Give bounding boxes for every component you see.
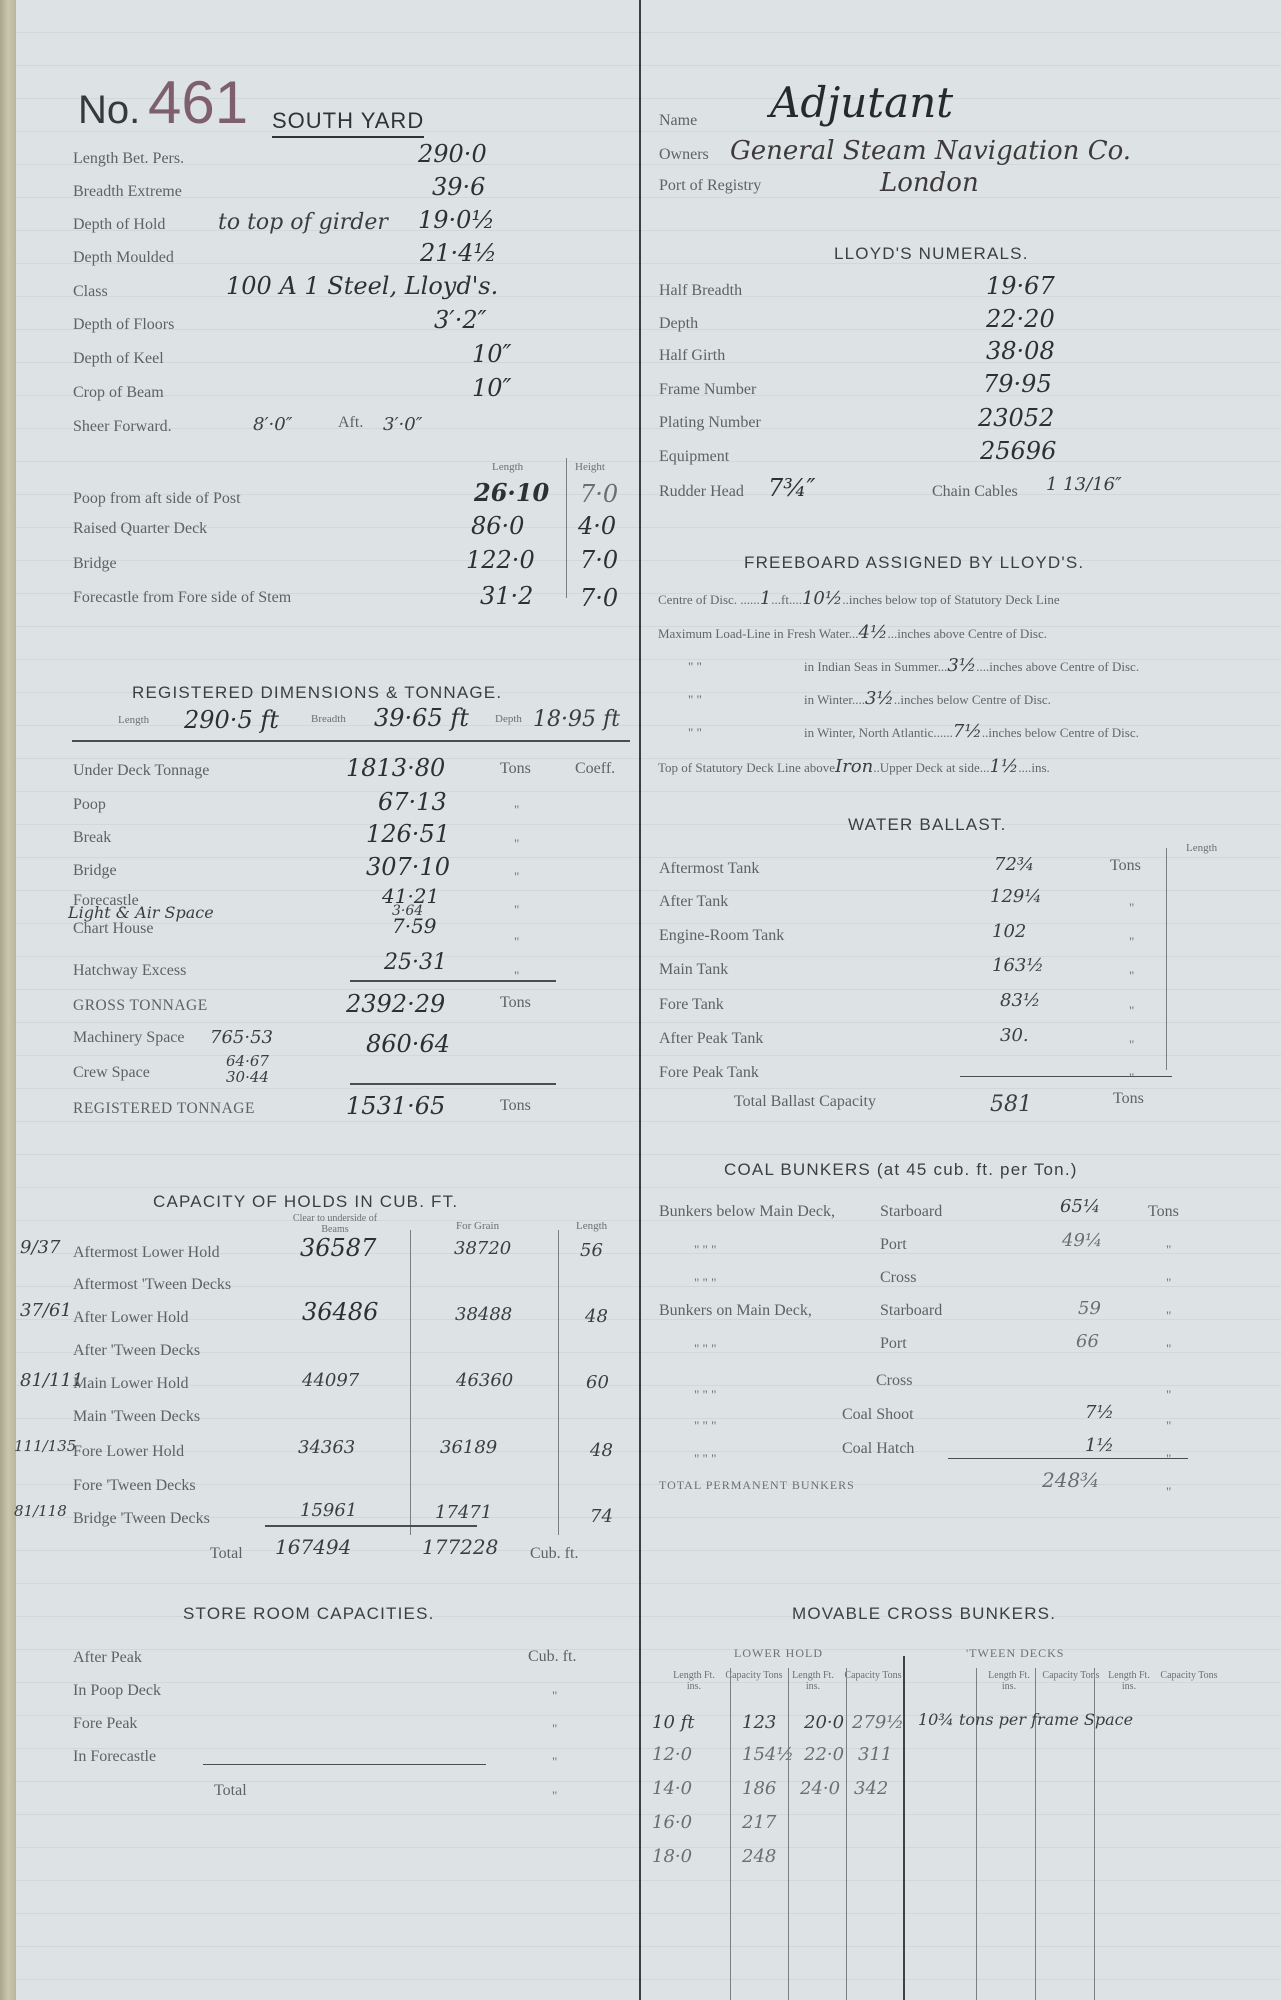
numeral-value: 23052 — [978, 404, 1054, 432]
tank-value: 72¾ — [994, 854, 1034, 875]
column-divider — [639, 0, 641, 2000]
name-label: Name — [659, 112, 697, 130]
hold-grain: 17471 — [435, 1502, 492, 1523]
col-length-header: Length — [576, 1220, 607, 1232]
tonnage-value: 126·51 — [366, 820, 450, 848]
ditto-mark: " — [514, 902, 519, 918]
movable-length: 24·0 — [800, 1778, 840, 1799]
ditto-mark: " — [1129, 968, 1134, 984]
col-height-header: Height — [575, 461, 605, 473]
dim-label: Crop of Beam — [73, 384, 164, 402]
col-length-header: Length Ft. ins. — [665, 1670, 723, 1692]
tween-decks-header: 'TWEEN DECKS — [966, 1646, 1064, 1661]
hold-beams: 36587 — [300, 1234, 376, 1262]
col-capacity-header: Capacity Tons — [844, 1670, 902, 1681]
bunker-value: 49¼ — [1062, 1230, 1102, 1251]
text: ....inches above Centre of Disc. — [976, 659, 1139, 674]
tonnage-label: Hatchway Excess — [73, 962, 186, 980]
dim-value: 21·4½ — [420, 239, 497, 267]
movable-col-sep — [846, 1668, 847, 2000]
hold-beams: 15961 — [300, 1500, 357, 1521]
ballast-separator — [1166, 848, 1167, 1070]
movable-length: 12·0 — [652, 1744, 692, 1765]
dim-value: 19·0½ — [418, 206, 495, 234]
text: ..inches below top of Statutory Deck Lin… — [842, 592, 1059, 607]
tank-value: 30. — [1000, 1025, 1029, 1046]
store-label: In Forecastle — [73, 1748, 156, 1766]
deductions-rule — [350, 1083, 556, 1085]
section-title-freeboard: FREEBOARD ASSIGNED BY LLOYD'S. — [744, 553, 1084, 573]
reg-length-value: 290·5 ft — [184, 706, 279, 734]
movable-capacity: 279½ — [852, 1712, 904, 1733]
owners-value: General Steam Navigation Co. — [730, 136, 1131, 166]
hold-grain: 46360 — [456, 1370, 513, 1391]
dim-label: Breadth Extreme — [73, 183, 182, 201]
section-title-coal: COAL BUNKERS (at 45 cub. ft. per Ton.) — [724, 1160, 1078, 1180]
registered-tonnage-value: 1531·65 — [346, 1092, 445, 1120]
hold-label: Main Lower Hold — [73, 1375, 189, 1393]
ditto-mark: " — [1166, 1341, 1171, 1357]
tonnage-label: Bridge — [73, 862, 117, 880]
bunker-value: 1½ — [1085, 1435, 1114, 1456]
hold-label: Fore 'Tween Decks — [73, 1477, 196, 1495]
ballast-total-value: 581 — [990, 1092, 1032, 1117]
tonnage-label: Chart House — [73, 920, 153, 938]
erections-separator — [566, 458, 567, 598]
movable-capacity: 154½ — [742, 1744, 794, 1765]
sheer-forward-label: Sheer Forward. — [73, 418, 172, 436]
freeboard-line-disc: Centre of Disc. ......1...ft....10½..inc… — [658, 588, 1060, 609]
bunker-item: Port — [880, 1335, 907, 1353]
text: ..inches below Centre of Disc. — [982, 725, 1139, 740]
ditto-mark: " " — [658, 725, 804, 741]
bunker-value: 66 — [1076, 1331, 1099, 1352]
ditto-mark: " — [1166, 1275, 1171, 1291]
record-number: 461 — [148, 68, 248, 137]
store-total-label: Total — [214, 1782, 247, 1800]
bunker-item: Starboard — [880, 1203, 942, 1221]
reg-breadth-value: 39·65 ft — [374, 704, 469, 732]
text: ..Upper Deck at side... — [873, 760, 989, 775]
fresh-water-value: 4½ — [859, 622, 888, 643]
numeral-label: Plating Number — [659, 414, 761, 432]
owners-label: Owners — [659, 146, 709, 164]
col-capacity-header: Capacity Tons — [725, 1670, 783, 1681]
ditto-mark: " " " — [694, 1275, 716, 1291]
movable-capacity: 217 — [742, 1812, 776, 1833]
bunker-value: 65¼ — [1060, 1196, 1100, 1217]
tonnage-value: 67·13 — [378, 788, 447, 816]
tonnage-value: 307·10 — [366, 853, 450, 881]
ditto-mark: " — [1166, 1387, 1171, 1403]
col-length-header: Length Ft. ins. — [784, 1670, 842, 1692]
movable-capacity: 311 — [858, 1744, 892, 1765]
col-capacity-header: Capacity Tons — [1042, 1670, 1100, 1681]
ship-name: Adjutant — [770, 78, 953, 127]
holds-total-beams: 167494 — [275, 1535, 351, 1559]
col-length-header: Length — [1186, 842, 1217, 854]
tank-label: Fore Peak Tank — [659, 1064, 759, 1082]
erection-label: Poop from aft side of Post — [73, 490, 241, 508]
text: in Winter, North Atlantic...... — [804, 725, 953, 740]
bunker-item: Cross — [880, 1269, 916, 1287]
holds-separator — [410, 1230, 411, 1535]
hold-label: After 'Tween Decks — [73, 1342, 200, 1360]
hold-label: Main 'Tween Decks — [73, 1408, 200, 1426]
dim-label: Depth of Hold — [73, 216, 165, 234]
tank-value: 102 — [992, 921, 1026, 942]
ditto-mark: " " " — [694, 1451, 716, 1467]
deck-side-value: 1½ — [989, 756, 1018, 777]
hold-label: After Lower Hold — [73, 1309, 189, 1327]
section-title-ballast: WATER BALLAST. — [848, 815, 1007, 835]
ditto-mark: " — [1166, 1242, 1171, 1258]
reg-breadth-label: Breadth — [311, 713, 346, 725]
tonnage-value: 7·59 — [392, 914, 437, 938]
record-no-prefix: No. — [78, 88, 140, 133]
movable-capacity: 248 — [742, 1846, 776, 1867]
yard-label: SOUTH YARD — [272, 108, 424, 138]
bunker-value: 7½ — [1085, 1402, 1114, 1423]
text: in Indian Seas in Summer... — [804, 659, 947, 674]
numeral-value: 19·67 — [986, 272, 1055, 300]
tons-header: Tons — [500, 760, 531, 778]
tank-label: Fore Tank — [659, 996, 724, 1014]
tonnage-label: Poop — [73, 796, 106, 814]
deck-material-value: Iron — [835, 756, 873, 777]
class-value: 100 A 1 Steel, Lloyd's. — [226, 272, 498, 300]
disc-ft-value: 1 — [760, 588, 771, 609]
ditto-mark: " — [514, 968, 519, 984]
bunker-prefix: Bunkers below Main Deck, — [659, 1203, 835, 1221]
dim-label: Class — [73, 283, 108, 301]
hold-grain: 38720 — [454, 1238, 511, 1259]
bunker-prefix: Bunkers on Main Deck, — [659, 1302, 812, 1320]
port-value: London — [880, 168, 979, 198]
bunker-item: Coal Hatch — [842, 1440, 914, 1458]
tons-unit: Tons — [500, 1097, 531, 1115]
hold-beams: 44097 — [302, 1370, 359, 1391]
sheer-forward-value: 8′·0″ — [253, 414, 292, 435]
bunker-item: Starboard — [880, 1302, 942, 1320]
registered-rule — [72, 740, 630, 742]
hold-label: Aftermost Lower Hold — [73, 1244, 220, 1262]
crew-space-label: Crew Space — [73, 1064, 150, 1082]
hold-frames: 111/135 — [14, 1437, 76, 1455]
numeral-label: Half Breadth — [659, 282, 742, 300]
north-atlantic-value: 7½ — [953, 721, 982, 742]
col-length-header: Length Ft. ins. — [1100, 1670, 1158, 1692]
ditto-mark: " " — [658, 659, 804, 675]
ballast-total-label: Total Ballast Capacity — [734, 1093, 876, 1111]
movable-length: 10 ft — [652, 1712, 695, 1733]
section-title-holds: CAPACITY OF HOLDS IN CUB. FT. — [153, 1192, 458, 1212]
tons-header: Tons — [1110, 857, 1141, 875]
section-title-numerals: LLOYD'S NUMERALS. — [834, 244, 1029, 264]
store-label: In Poop Deck — [73, 1682, 161, 1700]
rudder-head-value: 7¾″ — [768, 474, 816, 502]
hold-label: Aftermost 'Tween Decks — [73, 1276, 231, 1294]
ditto-mark: " — [514, 836, 519, 852]
port-label: Port of Registry — [659, 177, 761, 195]
tonnage-label: Under Deck Tonnage — [73, 762, 209, 780]
erection-length: 26·10 — [474, 478, 549, 507]
holds-total-label: Total — [210, 1545, 243, 1563]
hold-grain: 38488 — [455, 1304, 512, 1325]
dim-note: to top of girder — [218, 210, 388, 235]
holds-total-rule — [265, 1525, 477, 1527]
text: Centre of Disc. ...... — [658, 592, 760, 607]
chain-cables-label: Chain Cables — [932, 483, 1018, 501]
tank-value: 163½ — [992, 955, 1044, 976]
store-unit: Cub. ft. — [528, 1648, 576, 1666]
erection-height: 4·0 — [578, 512, 616, 540]
dim-label: Depth of Floors — [73, 316, 174, 334]
dim-label: Depth Moulded — [73, 249, 174, 267]
movable-length: 20·0 — [804, 1712, 844, 1733]
reg-depth-value: 18·95 ft — [533, 707, 620, 732]
movable-length: 18·0 — [652, 1846, 692, 1867]
tank-label: Engine-Room Tank — [659, 927, 784, 945]
movable-length: 22·0 — [804, 1744, 844, 1765]
tank-label: After Tank — [659, 893, 728, 911]
erection-height: 7·0 — [580, 546, 618, 574]
holds-unit: Cub. ft. — [530, 1545, 578, 1563]
col-grain-header: For Grain — [456, 1220, 499, 1232]
ditto-mark: " " " — [694, 1387, 716, 1403]
disc-inches-value: 10½ — [802, 588, 842, 609]
reg-length-label: Length — [118, 714, 149, 726]
tank-value: 83½ — [1000, 990, 1040, 1011]
ditto-mark: " — [552, 1688, 557, 1704]
movable-capacity: 342 — [854, 1778, 888, 1799]
dim-value: 3′·2″ — [434, 306, 487, 334]
holds-separator — [558, 1230, 559, 1535]
store-label: Fore Peak — [73, 1715, 137, 1733]
movable-col-sep — [730, 1668, 731, 2000]
movable-col-sep — [788, 1668, 789, 2000]
col-beams-header: Clear to underside of Beams — [282, 1213, 388, 1235]
hold-grain: 36189 — [440, 1437, 497, 1458]
dim-label: Depth of Keel — [73, 350, 164, 368]
dim-value: 39·6 — [432, 173, 485, 201]
dim-value: 10″ — [472, 374, 512, 402]
sheer-aft-label: Aft. — [338, 414, 363, 432]
freeboard-line-deck-line: Top of Statutory Deck Line aboveIron..Up… — [658, 756, 1050, 777]
hold-length: 56 — [580, 1240, 603, 1261]
text: ...ft.... — [771, 592, 802, 607]
ditto-mark: " — [514, 934, 519, 950]
gross-tonnage-value: 2392·29 — [346, 990, 445, 1018]
tonnage-label: Break — [73, 829, 111, 847]
hold-beams: 36486 — [302, 1298, 378, 1326]
coeff-header: Coeff. — [575, 760, 615, 778]
ditto-mark: " — [1166, 1484, 1171, 1500]
text: ....ins. — [1018, 760, 1049, 775]
ditto-mark: " — [1129, 934, 1134, 950]
ditto-mark: " " " — [694, 1341, 716, 1357]
tank-label: Main Tank — [659, 961, 728, 979]
ditto-mark: " — [1166, 1418, 1171, 1434]
movable-capacity: 186 — [742, 1778, 776, 1799]
ditto-mark: " — [552, 1788, 557, 1804]
reg-depth-label: Depth — [495, 713, 522, 725]
machinery-space-label: Machinery Space — [73, 1029, 185, 1047]
bunker-value: 59 — [1078, 1298, 1101, 1319]
ditto-mark: " — [1166, 1451, 1171, 1467]
erection-label: Bridge — [73, 555, 117, 573]
dim-value: 290·0 — [418, 140, 487, 168]
chain-cables-value: 1 13/16″ — [1046, 474, 1122, 495]
machinery-space-value: 765·53 — [210, 1027, 273, 1048]
store-rule — [203, 1764, 486, 1765]
bunkers-rule — [948, 1458, 1188, 1459]
ditto-mark: " " — [658, 692, 804, 708]
numeral-value: 25696 — [980, 437, 1056, 465]
tons-unit: Tons — [500, 994, 531, 1012]
tonnage-rule — [350, 980, 556, 982]
holds-total-grain: 177228 — [422, 1535, 498, 1559]
erection-label: Raised Quarter Deck — [73, 520, 207, 538]
bunkers-total-label: TOTAL PERMANENT BUNKERS — [659, 1478, 855, 1493]
freeboard-line-fresh-water: Maximum Load-Line in Fresh Water...4½...… — [658, 622, 1047, 643]
col-length-header: Length Ft. ins. — [980, 1670, 1038, 1692]
text: ..inches below Centre of Disc. — [894, 692, 1051, 707]
erection-height: 7·0 — [580, 584, 618, 612]
tonnage-value: 1813·80 — [346, 754, 445, 782]
ditto-mark: " — [1129, 1003, 1134, 1019]
section-title-movable: MOVABLE CROSS BUNKERS. — [792, 1604, 1056, 1624]
gross-tonnage-label: GROSS TONNAGE — [73, 997, 208, 1015]
ditto-mark: " — [552, 1754, 557, 1770]
erection-length: 122·0 — [466, 546, 535, 574]
numeral-label: Depth — [659, 315, 698, 333]
crew-space-value: 30·44 — [226, 1068, 269, 1086]
movable-length: 14·0 — [652, 1778, 692, 1799]
freeboard-line-north-atlantic: " "in Winter, North Atlantic......7½..in… — [658, 721, 1139, 742]
erection-label: Forecastle from Fore side of Stem — [73, 589, 291, 607]
numeral-label: Half Girth — [659, 347, 725, 365]
tank-label: Aftermost Tank — [659, 860, 759, 878]
tank-label: After Peak Tank — [659, 1030, 763, 1048]
hold-length: 48 — [590, 1440, 613, 1461]
numeral-label: Equipment — [659, 448, 729, 466]
numeral-label: Frame Number — [659, 381, 756, 399]
registered-tonnage-label: REGISTERED TONNAGE — [73, 1100, 255, 1118]
tank-value: 129¼ — [990, 886, 1042, 907]
numeral-value: 79·95 — [983, 370, 1052, 398]
ditto-mark: " — [552, 1721, 557, 1737]
book-binding — [0, 0, 16, 2000]
ditto-mark: " " " — [694, 1418, 716, 1434]
ditto-mark: " " " — [694, 1242, 716, 1258]
deductions-total: 860·64 — [366, 1030, 450, 1058]
erection-length: 86·0 — [471, 512, 524, 540]
movable-divider — [903, 1656, 905, 2000]
col-capacity-header: Capacity Tons — [1160, 1670, 1218, 1681]
text: in Winter.... — [804, 692, 865, 707]
tonnage-value: 25·31 — [384, 950, 447, 975]
ditto-mark: " — [1129, 1037, 1134, 1053]
text: Maximum Load-Line in Fresh Water... — [658, 626, 859, 641]
tons-header: Tons — [1148, 1203, 1179, 1221]
movable-length: 16·0 — [652, 1812, 692, 1833]
col-length-header: Length — [492, 461, 523, 473]
freeboard-line-winter: " "in Winter....3½..inches below Centre … — [658, 688, 1051, 709]
ditto-mark: " — [1129, 1070, 1134, 1086]
ditto-mark: " — [514, 802, 519, 818]
indian-seas-value: 3½ — [947, 655, 976, 676]
sheer-aft-value: 3′·0″ — [383, 414, 422, 435]
hold-length: 74 — [590, 1506, 613, 1527]
hold-label: Bridge 'Tween Decks — [73, 1510, 210, 1528]
bunker-item: Cross — [876, 1372, 912, 1390]
hold-beams: 34363 — [298, 1437, 355, 1458]
hold-length: 48 — [585, 1306, 608, 1327]
hold-label: Fore Lower Hold — [73, 1443, 184, 1461]
bunker-item: Port — [880, 1236, 907, 1254]
hold-frames: 37/61 — [20, 1300, 72, 1321]
bunker-item: Coal Shoot — [842, 1406, 914, 1424]
hold-frames: 9/37 — [20, 1237, 60, 1258]
hold-frames: 81/118 — [14, 1502, 67, 1520]
section-title-store: STORE ROOM CAPACITIES. — [183, 1604, 435, 1624]
ditto-mark: " — [1129, 900, 1134, 916]
hold-length: 60 — [586, 1372, 609, 1393]
rudder-head-label: Rudder Head — [659, 483, 744, 501]
section-title-registered: REGISTERED DIMENSIONS & TONNAGE. — [132, 683, 502, 703]
ballast-rule — [960, 1076, 1172, 1077]
numeral-value: 38·08 — [986, 337, 1055, 365]
tween-decks-note: 10¾ tons per frame Space — [918, 1710, 1133, 1729]
ditto-mark: " — [514, 869, 519, 885]
lower-hold-header: LOWER HOLD — [734, 1646, 823, 1661]
freeboard-line-indian-seas: " "in Indian Seas in Summer...3½....inch… — [658, 655, 1139, 676]
movable-capacity: 123 — [742, 1712, 776, 1733]
text: ...inches above Centre of Disc. — [887, 626, 1047, 641]
store-label: After Peak — [73, 1649, 142, 1667]
dim-value: 10″ — [472, 340, 512, 368]
erection-length: 31·2 — [480, 582, 533, 610]
dim-label: Length Bet. Pers. — [73, 150, 184, 168]
ditto-mark: " — [1166, 1308, 1171, 1324]
numeral-value: 22·20 — [986, 305, 1055, 333]
erection-height: 7·0 — [580, 480, 618, 508]
text: Top of Statutory Deck Line above — [658, 760, 835, 775]
winter-value: 3½ — [865, 688, 894, 709]
ballast-total-unit: Tons — [1113, 1090, 1144, 1108]
bunkers-total-value: 248¾ — [1042, 1468, 1100, 1492]
